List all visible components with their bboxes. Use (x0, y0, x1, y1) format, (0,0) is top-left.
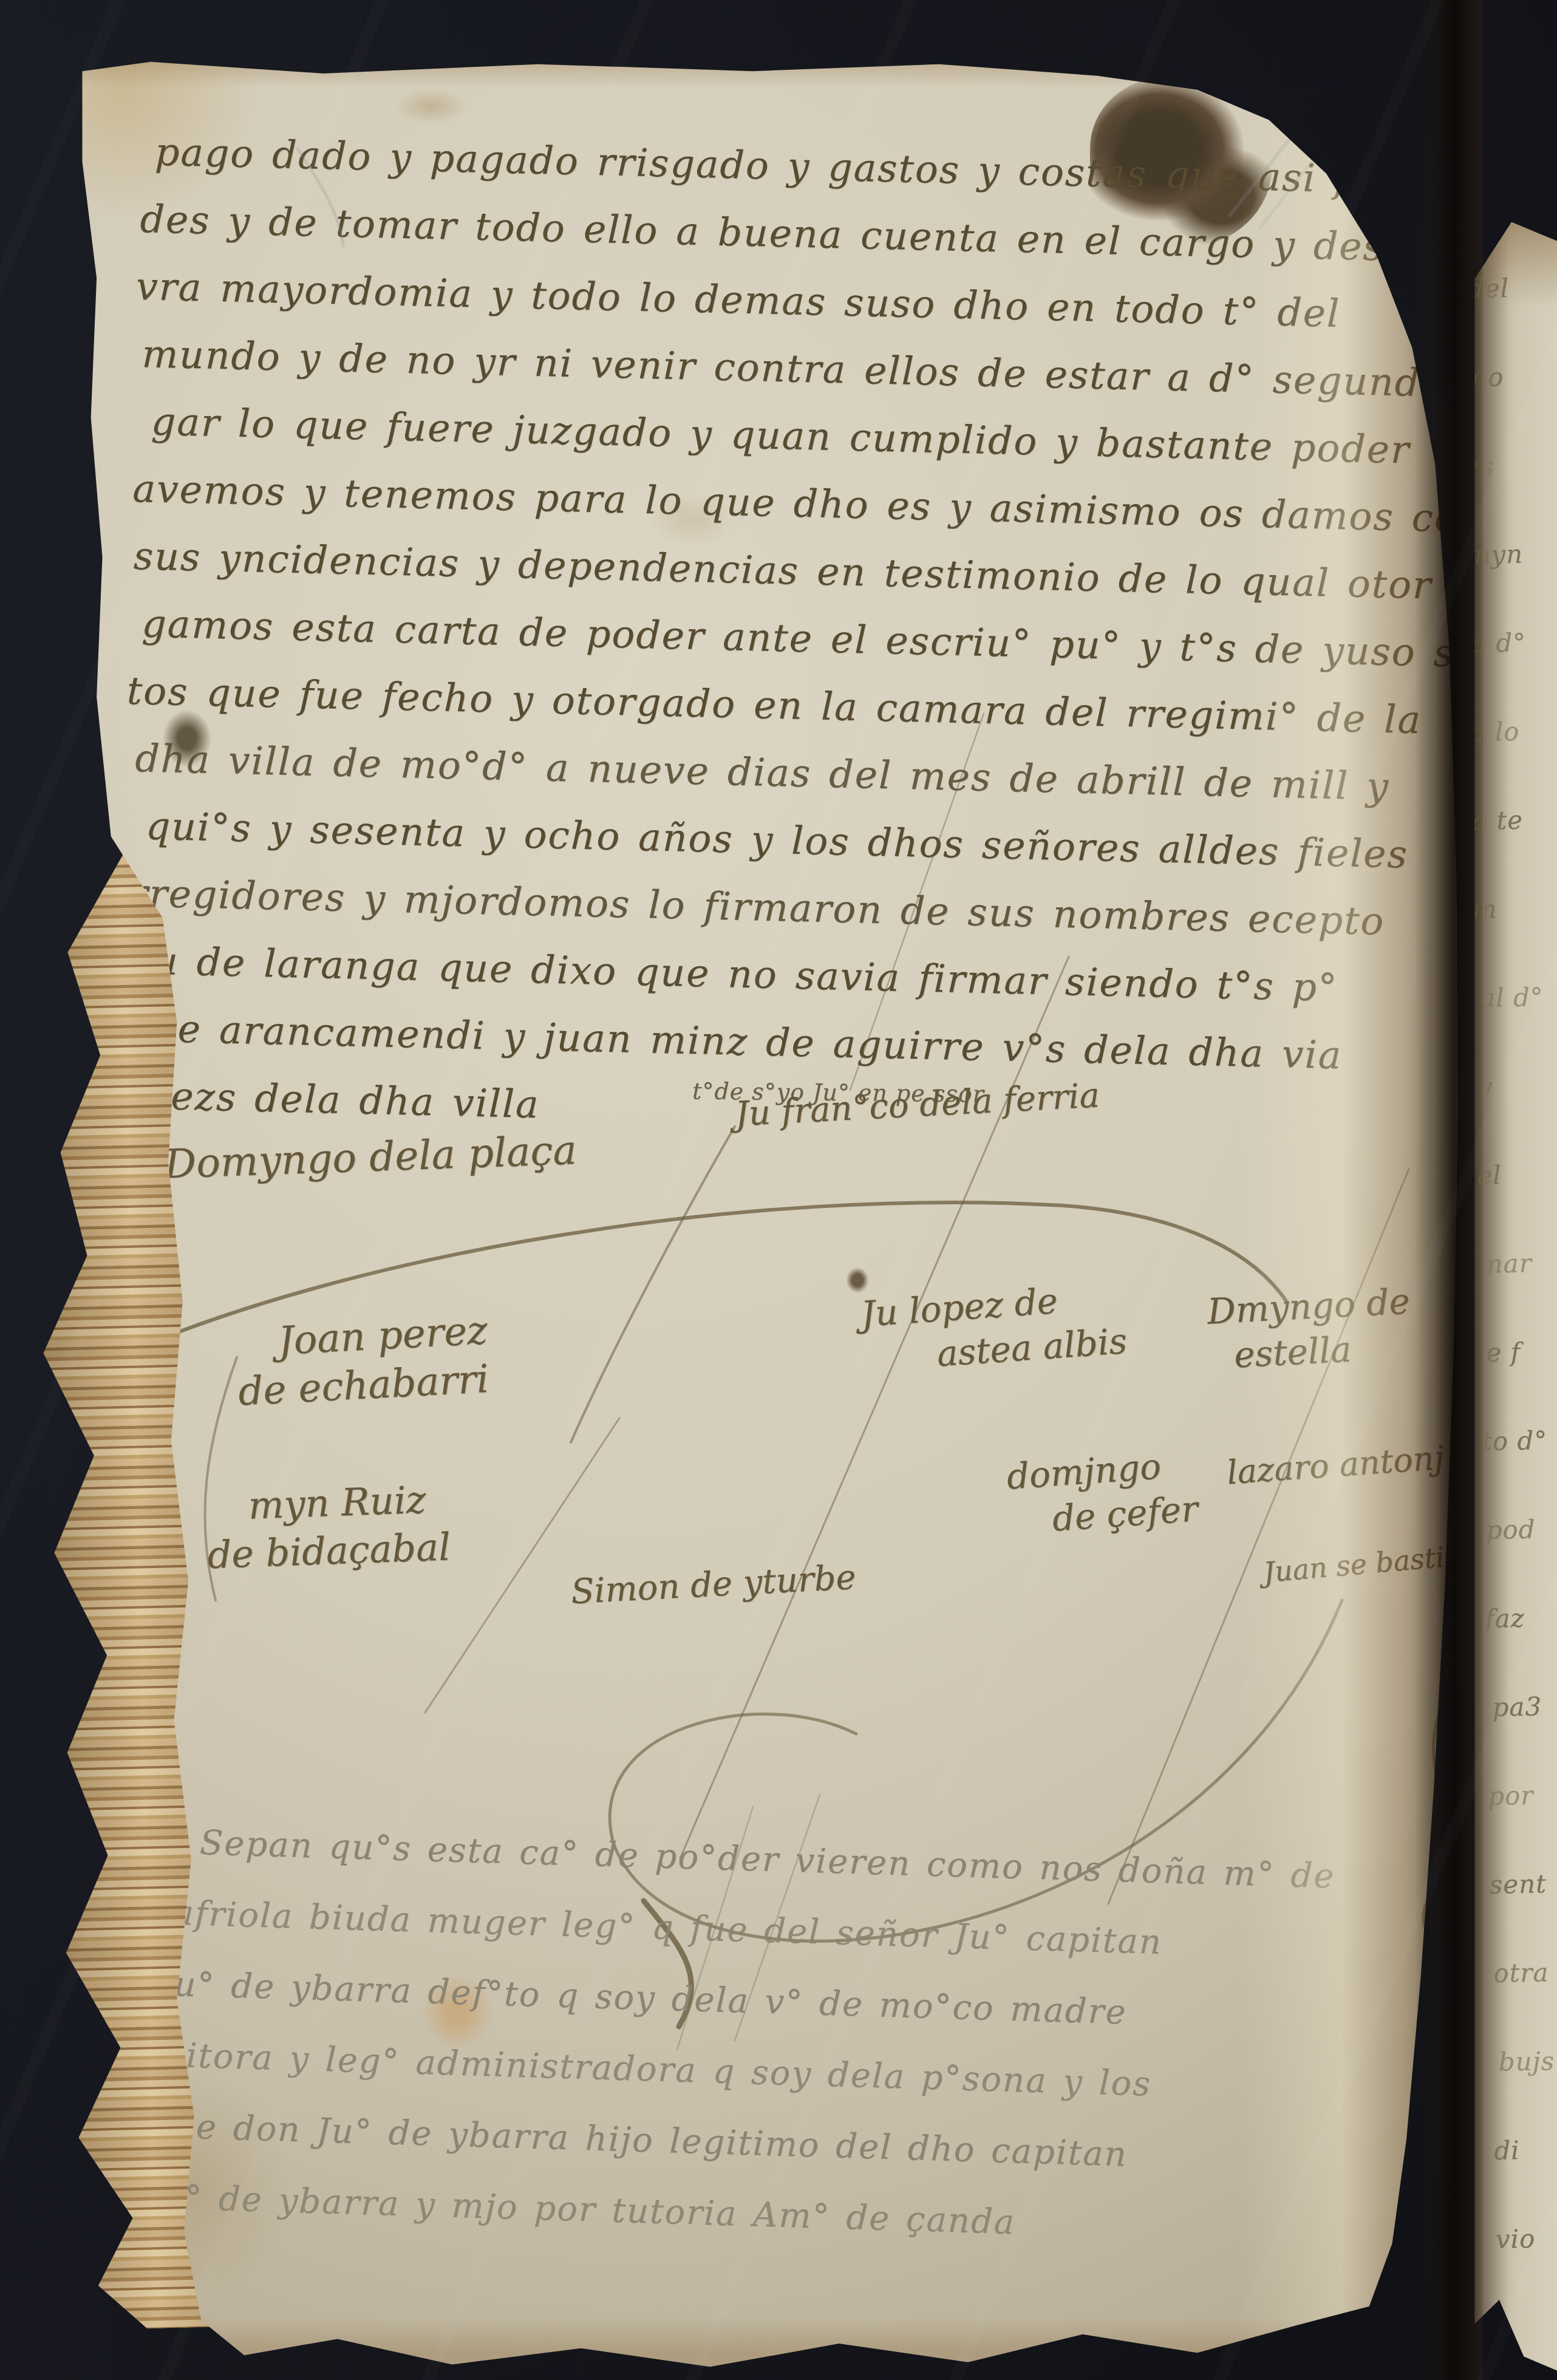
manuscript-photo: { "scene": { "title": "Manuscript book o… (0, 0, 1557, 2380)
text-fragment: el (1477, 1159, 1557, 1249)
signature-domingo-de-cefer: domjngo de çefer (1005, 1443, 1199, 1542)
signature-line: de echabarri (237, 1357, 491, 1415)
text-fragment: otra (1493, 1957, 1557, 2047)
text-fragment: e f (1486, 1337, 1557, 1427)
signature-lazaro-antonio: lazaro antonj (1225, 1439, 1445, 1492)
signature-domingo-de-estella: Dmyngo de estella (1207, 1280, 1414, 1377)
body-text: pago dado y pagado rrisgado y gastos y c… (117, 129, 1451, 1170)
text-fragment: pa3 (1492, 1691, 1557, 1781)
text-fragment: q lo (1469, 716, 1551, 806)
text-fragment: m (1472, 893, 1554, 983)
text-fragment: q d° (1470, 627, 1549, 717)
text-fragment: to d° (1481, 1425, 1557, 1515)
signature-martin-ruiz: myn Ruiz de bidaçabal (247, 1476, 451, 1575)
text-fragment: di (1494, 2135, 1557, 2225)
signature-simon-de-yturbe: Simon de yturbe (570, 1558, 857, 1612)
signature-joan-perez: Joan perez de echabarri (277, 1308, 491, 1413)
text-fragment: mar (1478, 1248, 1557, 1338)
text-fragment: sent (1489, 1869, 1557, 1959)
signature-line: Joan perez (277, 1308, 488, 1364)
text-fragment: es (1464, 450, 1546, 540)
bottom-paragraph: Sepan qu°s esta ca° de po°der vieren com… (145, 1822, 1335, 2283)
manuscript-page: pago dado y pagado rrisgado y gastos y c… (36, 46, 1470, 2371)
text-fragment: faz (1485, 1603, 1557, 1693)
facing-page-text-fragments: delmoesmynq d°q loq temal d°velmare fto … (1450, 24, 1557, 2313)
signature-line: de çefer (1051, 1488, 1199, 1539)
signature-line: domjngo (1005, 1445, 1162, 1498)
text-fragment: mo (1463, 361, 1545, 451)
ink-spot (844, 1265, 871, 1295)
text-fragment: por (1488, 1780, 1557, 1870)
facing-page-edge: delmoesmynq d°q loq temal d°velmare fto … (1470, 24, 1557, 2380)
signature-line: estella (1233, 1325, 1413, 1376)
signature-line: de bidaçabal (206, 1524, 451, 1577)
signature-line: myn Ruiz (247, 1478, 426, 1528)
text-fragment: vio (1495, 2223, 1557, 2313)
text-fragment: pod (1485, 1514, 1557, 1604)
signature-line: astea albis (935, 1320, 1128, 1375)
text-fragment: q te (1471, 805, 1553, 895)
text-fragment: myn (1466, 539, 1548, 629)
toning-stain (395, 88, 468, 124)
text-fragment: del (1467, 273, 1543, 363)
text-fragment: v (1477, 1071, 1557, 1161)
text-fragment: bujs (1498, 2046, 1557, 2136)
signature-ju-lopez-de-astea: Ju lopez de astea albis (860, 1275, 1128, 1380)
signature-line: Dmyngo de (1207, 1280, 1411, 1332)
text-fragment: al d° (1480, 982, 1556, 1072)
signature-juan-sebastian: Juan se bastian (1262, 1538, 1480, 1589)
